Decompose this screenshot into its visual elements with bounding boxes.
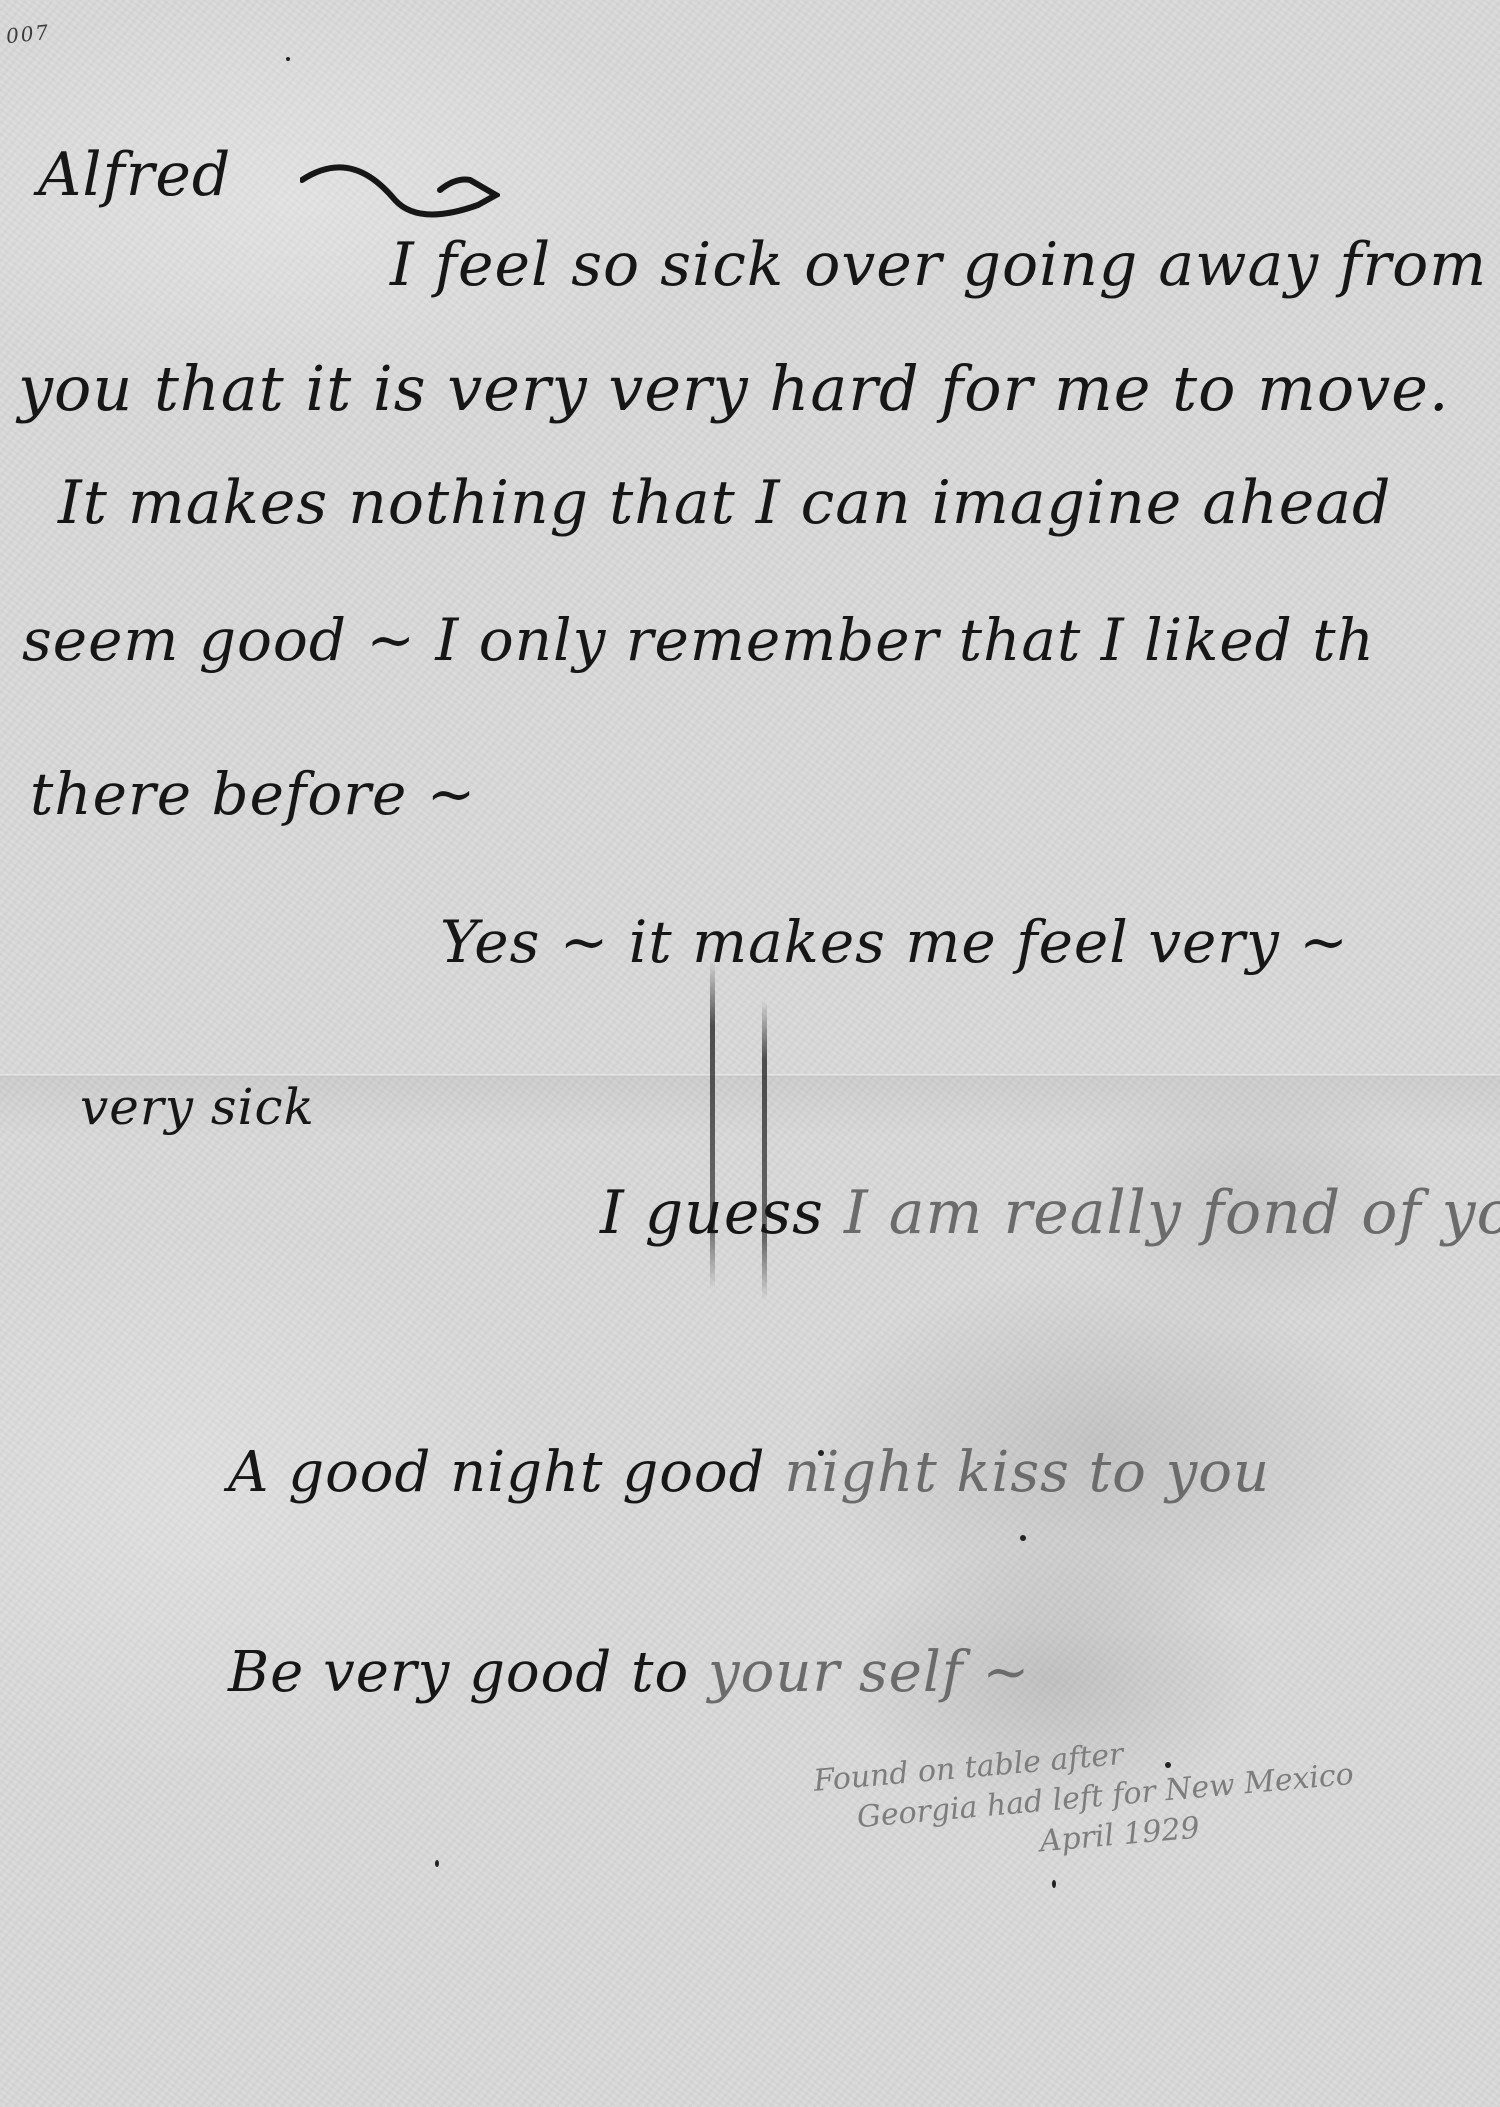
letter-line: I feel so sick over going away from xyxy=(390,230,1487,300)
ink-speck xyxy=(286,57,290,61)
ink-text: Be very good to xyxy=(228,1640,708,1705)
letter-line: It makes nothing that I can imagine ahea… xyxy=(58,468,1391,538)
ink-text: A good night good xyxy=(228,1440,784,1505)
ink-speck xyxy=(1165,1762,1171,1768)
letter-line: there before ~ xyxy=(30,760,476,828)
ink-text: I guess xyxy=(600,1178,844,1248)
faded-ink-text: your self ~ xyxy=(708,1640,1030,1705)
letter-line: you that it is very very hard for me to … xyxy=(18,352,1450,425)
salutation: Alfred xyxy=(38,140,231,210)
letter-line: Yes ~ it makes me feel very ~ xyxy=(440,908,1349,976)
page-number: 007 xyxy=(5,20,51,48)
letter-line: seem good ~ I only remember that I liked… xyxy=(22,606,1375,674)
letter-line: I guess I am really fond of you xyxy=(600,1178,1500,1248)
pencil-annotation: Found on table after Georgia had left fo… xyxy=(812,1708,1440,1882)
faded-ink-text: night kiss to you xyxy=(784,1440,1270,1505)
ink-drip-line xyxy=(762,1000,767,1300)
ink-speck xyxy=(1052,1880,1056,1888)
letter-line: Be very good to your self ~ xyxy=(228,1640,1030,1705)
ink-speck xyxy=(435,1860,439,1867)
ink-speck xyxy=(1020,1535,1026,1541)
letter-line: A good night good night kiss to you xyxy=(228,1440,1270,1505)
ink-speck xyxy=(818,1450,824,1456)
letter-page: 007 Alfred I feel so sick over going awa… xyxy=(0,0,1500,2107)
faded-ink-text: I am really fond of you xyxy=(844,1178,1500,1248)
letter-line: very sick xyxy=(80,1078,315,1136)
